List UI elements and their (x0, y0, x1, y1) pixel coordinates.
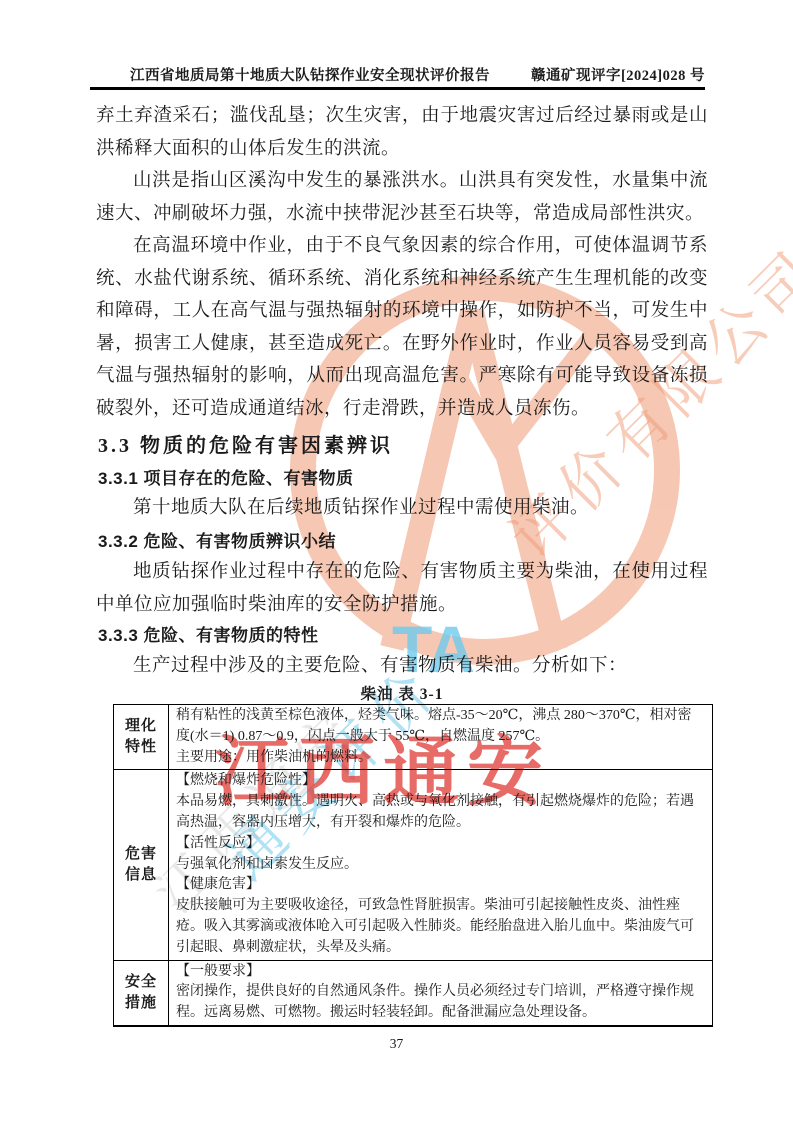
heading-3-3: 3.3 物质的危险有害因素辨识 (98, 429, 698, 458)
table-row-hazard-info: 危害 信息 【燃烧和爆炸危险性】 本品易燃，具刺激性。遇明火、高热或与氧化剂接触… (114, 770, 713, 960)
paragraph-3-3-3: 生产过程中涉及的主要危险、有害物质有柴油。分析如下： (96, 650, 708, 683)
paragraph-high-temperature: 在高温环境中作业，由于不良气象因素的综合作用，可使体温调节系统、水盐代谢系统、循… (96, 230, 708, 426)
row-content-safety: 【一般要求】 密闭操作，提供良好的自然通风条件。操作人员必须经过专门培训，严格遵… (169, 960, 713, 1026)
paragraph-3-3-1: 第十地质大队在后续地质钻探作业过程中需使用柴油。 (96, 492, 708, 525)
row-content-hazard: 【燃烧和爆炸危险性】 本品易燃，具刺激性。遇明火、高热或与氧化剂接触，有引起燃烧… (169, 770, 713, 960)
diesel-properties-table: 理化 特性 稍有粘性的浅黄至棕色液体，烃类气味。熔点-35～20℃，沸点 280… (113, 704, 713, 1027)
table-row-physical-properties: 理化 特性 稍有粘性的浅黄至棕色液体，烃类气味。熔点-35～20℃，沸点 280… (114, 705, 713, 770)
paragraph-3-3-2: 地质钻探作业过程中存在的危险、有害物质主要为柴油，在使用过程中单位应加强临时柴油… (96, 556, 708, 621)
table-row-safety-measures: 安全 措施 【一般要求】 密闭操作，提供良好的自然通风条件。操作人员必须经过专门… (114, 960, 713, 1026)
row-label-hazard: 危害 信息 (114, 770, 169, 960)
header-rule (90, 87, 705, 90)
heading-3-3-3: 3.3.3 危险、有害物质的特性 (98, 621, 698, 646)
paragraph-continued: 弃土弃渣采石；滥伐乱垦；次生灾害，由于地震灾害过后经过暴雨或是山洪稀释大面积的山… (96, 100, 708, 165)
row-label-safety: 安全 措施 (114, 960, 169, 1026)
heading-3-3-1: 3.3.1 项目存在的危险、有害物质 (98, 464, 698, 489)
document-page: 评价有限公司 通安评价 TA 江西通安 江西通安 江西省地质局第十地质大队钻探作… (0, 0, 793, 1122)
paragraph-mountain-flood: 山洪是指山区溪沟中发生的暴涨洪水。山洪具有突发性，水量集中流速大、冲刷破坏力强，… (96, 165, 708, 230)
heading-3-3-2: 3.3.2 危险、有害物质辨识小结 (98, 527, 698, 552)
row-content-physical: 稍有粘性的浅黄至棕色液体，烃类气味。熔点-35～20℃，沸点 280～370℃，… (169, 705, 713, 770)
header-document-number: 赣通矿现评字[2024]028 号 (405, 64, 705, 85)
table-title: 柴油 表 3-1 (96, 682, 708, 704)
row-label-physical: 理化 特性 (114, 705, 169, 770)
page-number: 37 (0, 1036, 793, 1052)
